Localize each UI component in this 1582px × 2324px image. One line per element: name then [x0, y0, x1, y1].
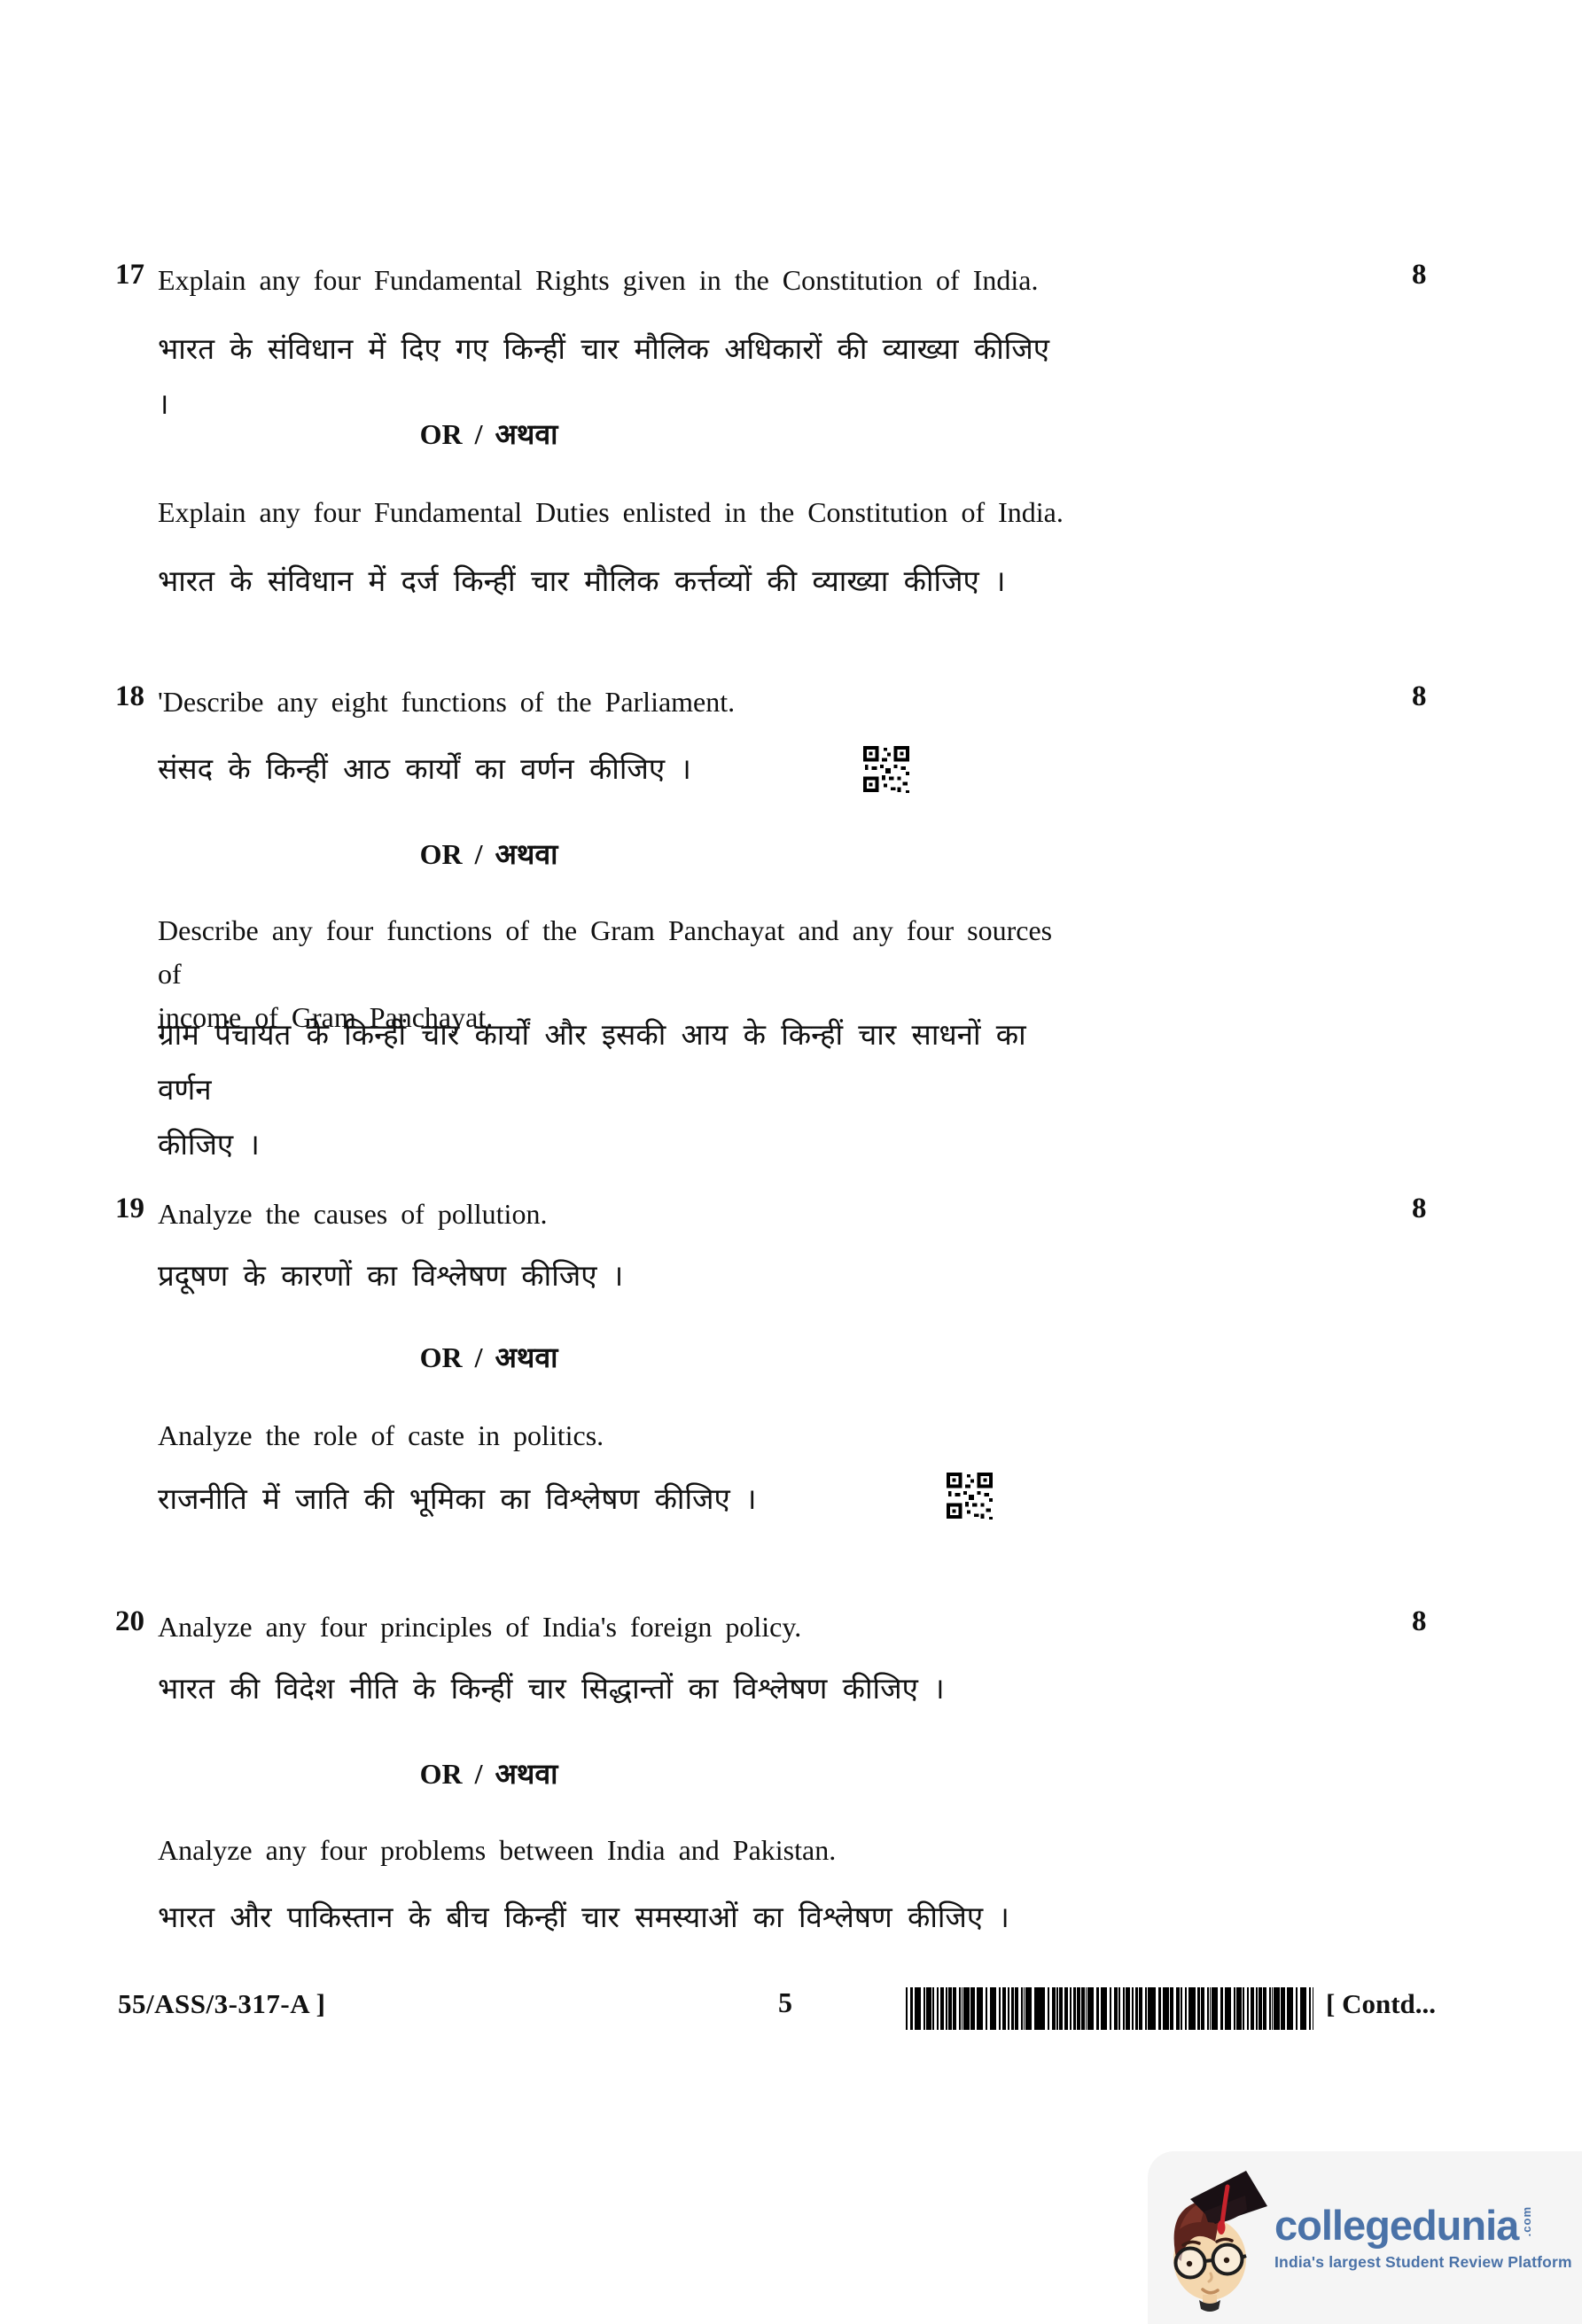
question-text-en: Explain any four Fundamental Rights give…	[158, 259, 1071, 302]
collegedunia-mascot-icon	[1160, 2160, 1271, 2315]
barcode-icon	[906, 1987, 1313, 2030]
marks-badge: 8	[1412, 259, 1447, 291]
brand-tagline: India's largest Student Review Platform	[1274, 2253, 1572, 2272]
qr-code-icon	[945, 1469, 994, 1522]
marks-badge: 8	[1412, 1605, 1447, 1638]
question-number: 17	[115, 259, 156, 291]
or-separator: OR / अथवा	[158, 1754, 820, 1792]
question-alt-text-hi: भारत और पाकिस्तान के बीच किन्हीं चार समस…	[158, 1891, 1071, 1946]
question-text-en: 'Describe any eight functions of the Par…	[158, 680, 1071, 724]
question-text-hi: संसद के किन्हीं आठ कार्यों का वर्णन कीजि…	[158, 742, 1071, 797]
question-alt-text-hi: राजनीति में जाति की भूमिका का विश्लेषण क…	[158, 1473, 1071, 1527]
question-text-en: Analyze any four principles of India's f…	[158, 1605, 1071, 1649]
qr-code-icon	[861, 742, 911, 796]
question-number: 19	[115, 1193, 156, 1225]
brand-wordmark: collegedunia	[1274, 2204, 1518, 2246]
page-number: 5	[778, 1986, 792, 2019]
question-alt-text-hi: भारत के संविधान में दर्ज किन्हीं चार मौल…	[158, 555, 1071, 610]
question-alt-text-hi: ग्राम पंचायत के किन्हीं चार कार्यों और इ…	[158, 1008, 1071, 1173]
question-number: 18	[115, 680, 156, 713]
question-text-hi: प्रदूषण के कारणों का विश्लेषण कीजिए ।	[158, 1249, 1071, 1304]
question-alt-text-en: Explain any four Fundamental Duties enli…	[158, 491, 1071, 534]
contd-label: [ Contd...	[1326, 1988, 1436, 2020]
question-number: 20	[115, 1605, 156, 1638]
exam-paper-page: 17 Explain any four Fundamental Rights g…	[0, 0, 1582, 2324]
question-text-en: Analyze the causes of pollution.	[158, 1193, 1071, 1236]
paper-code: 55/ASS/3-317-A ]	[118, 1988, 326, 2020]
question-alt-text-en: Analyze any four problems between India …	[158, 1829, 1071, 1872]
question-text-hi: भारत की विदेश नीति के किन्हीं चार सिद्धा…	[158, 1662, 1071, 1717]
marks-badge: 8	[1412, 1193, 1447, 1225]
brand-tld: .com	[1520, 2206, 1533, 2236]
question-alt-text-en: Analyze the role of caste in politics.	[158, 1414, 1071, 1457]
or-separator: OR / अथवा	[158, 415, 820, 453]
marks-badge: 8	[1412, 680, 1447, 713]
or-separator: OR / अथवा	[158, 835, 820, 873]
collegedunia-logo: collegedunia .com India's largest Studen…	[1148, 2151, 1582, 2324]
or-separator: OR / अथवा	[158, 1338, 820, 1376]
